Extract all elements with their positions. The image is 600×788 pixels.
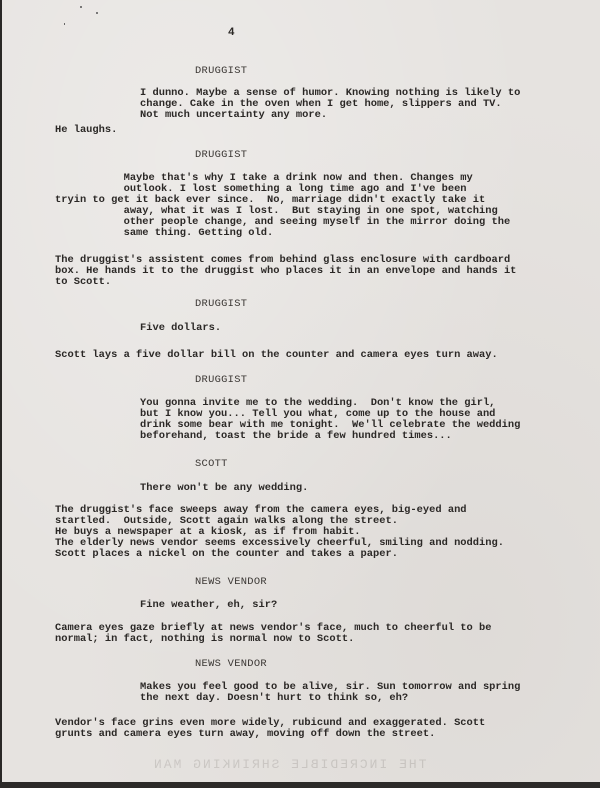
dialogue: I dunno. Maybe a sense of humor. Knowing… bbox=[140, 88, 520, 121]
character-name: DRUGGIST bbox=[195, 66, 247, 77]
character-name: NEWS VENDOR bbox=[195, 577, 267, 588]
speck bbox=[64, 23, 65, 25]
scan-bottom-edge bbox=[0, 782, 600, 788]
action-line: The druggist's assistent comes from behi… bbox=[55, 255, 516, 288]
action-line: Scott lays a five dollar bill on the cou… bbox=[55, 350, 498, 361]
character-name: DRUGGIST bbox=[195, 299, 247, 310]
page-number: 4 bbox=[228, 28, 235, 39]
dialogue: Fine weather, eh, sir? bbox=[140, 600, 277, 611]
action-line: Vendor's face grins even more widely, ru… bbox=[55, 718, 485, 740]
typewritten-script-page: 4 DRUGGIST I dunno. Maybe a sense of hum… bbox=[2, 0, 600, 782]
character-name: NEWS VENDOR bbox=[195, 659, 267, 670]
character-name: DRUGGIST bbox=[195, 375, 247, 386]
speck bbox=[80, 6, 82, 8]
dialogue: You gonna invite me to the wedding. Don'… bbox=[140, 398, 520, 442]
action-line: Camera eyes gaze briefly at news vendor'… bbox=[55, 623, 491, 645]
action-line: The druggist's face sweeps away from the… bbox=[55, 505, 504, 560]
dialogue: There won't be any wedding. bbox=[140, 483, 308, 494]
dialogue-druggist-2: Maybe that's why I take a drink now and … bbox=[55, 173, 510, 239]
bleed-through-text: THE INCREDIBLE SHRINKING MAN bbox=[152, 759, 426, 770]
dialogue: Five dollars. bbox=[140, 323, 221, 334]
character-name: SCOTT bbox=[195, 459, 228, 470]
dialogue: Makes you feel good to be alive, sir. Su… bbox=[140, 682, 520, 704]
speck bbox=[96, 12, 98, 14]
action-line: He laughs. bbox=[55, 125, 117, 136]
character-name: DRUGGIST bbox=[195, 150, 247, 161]
